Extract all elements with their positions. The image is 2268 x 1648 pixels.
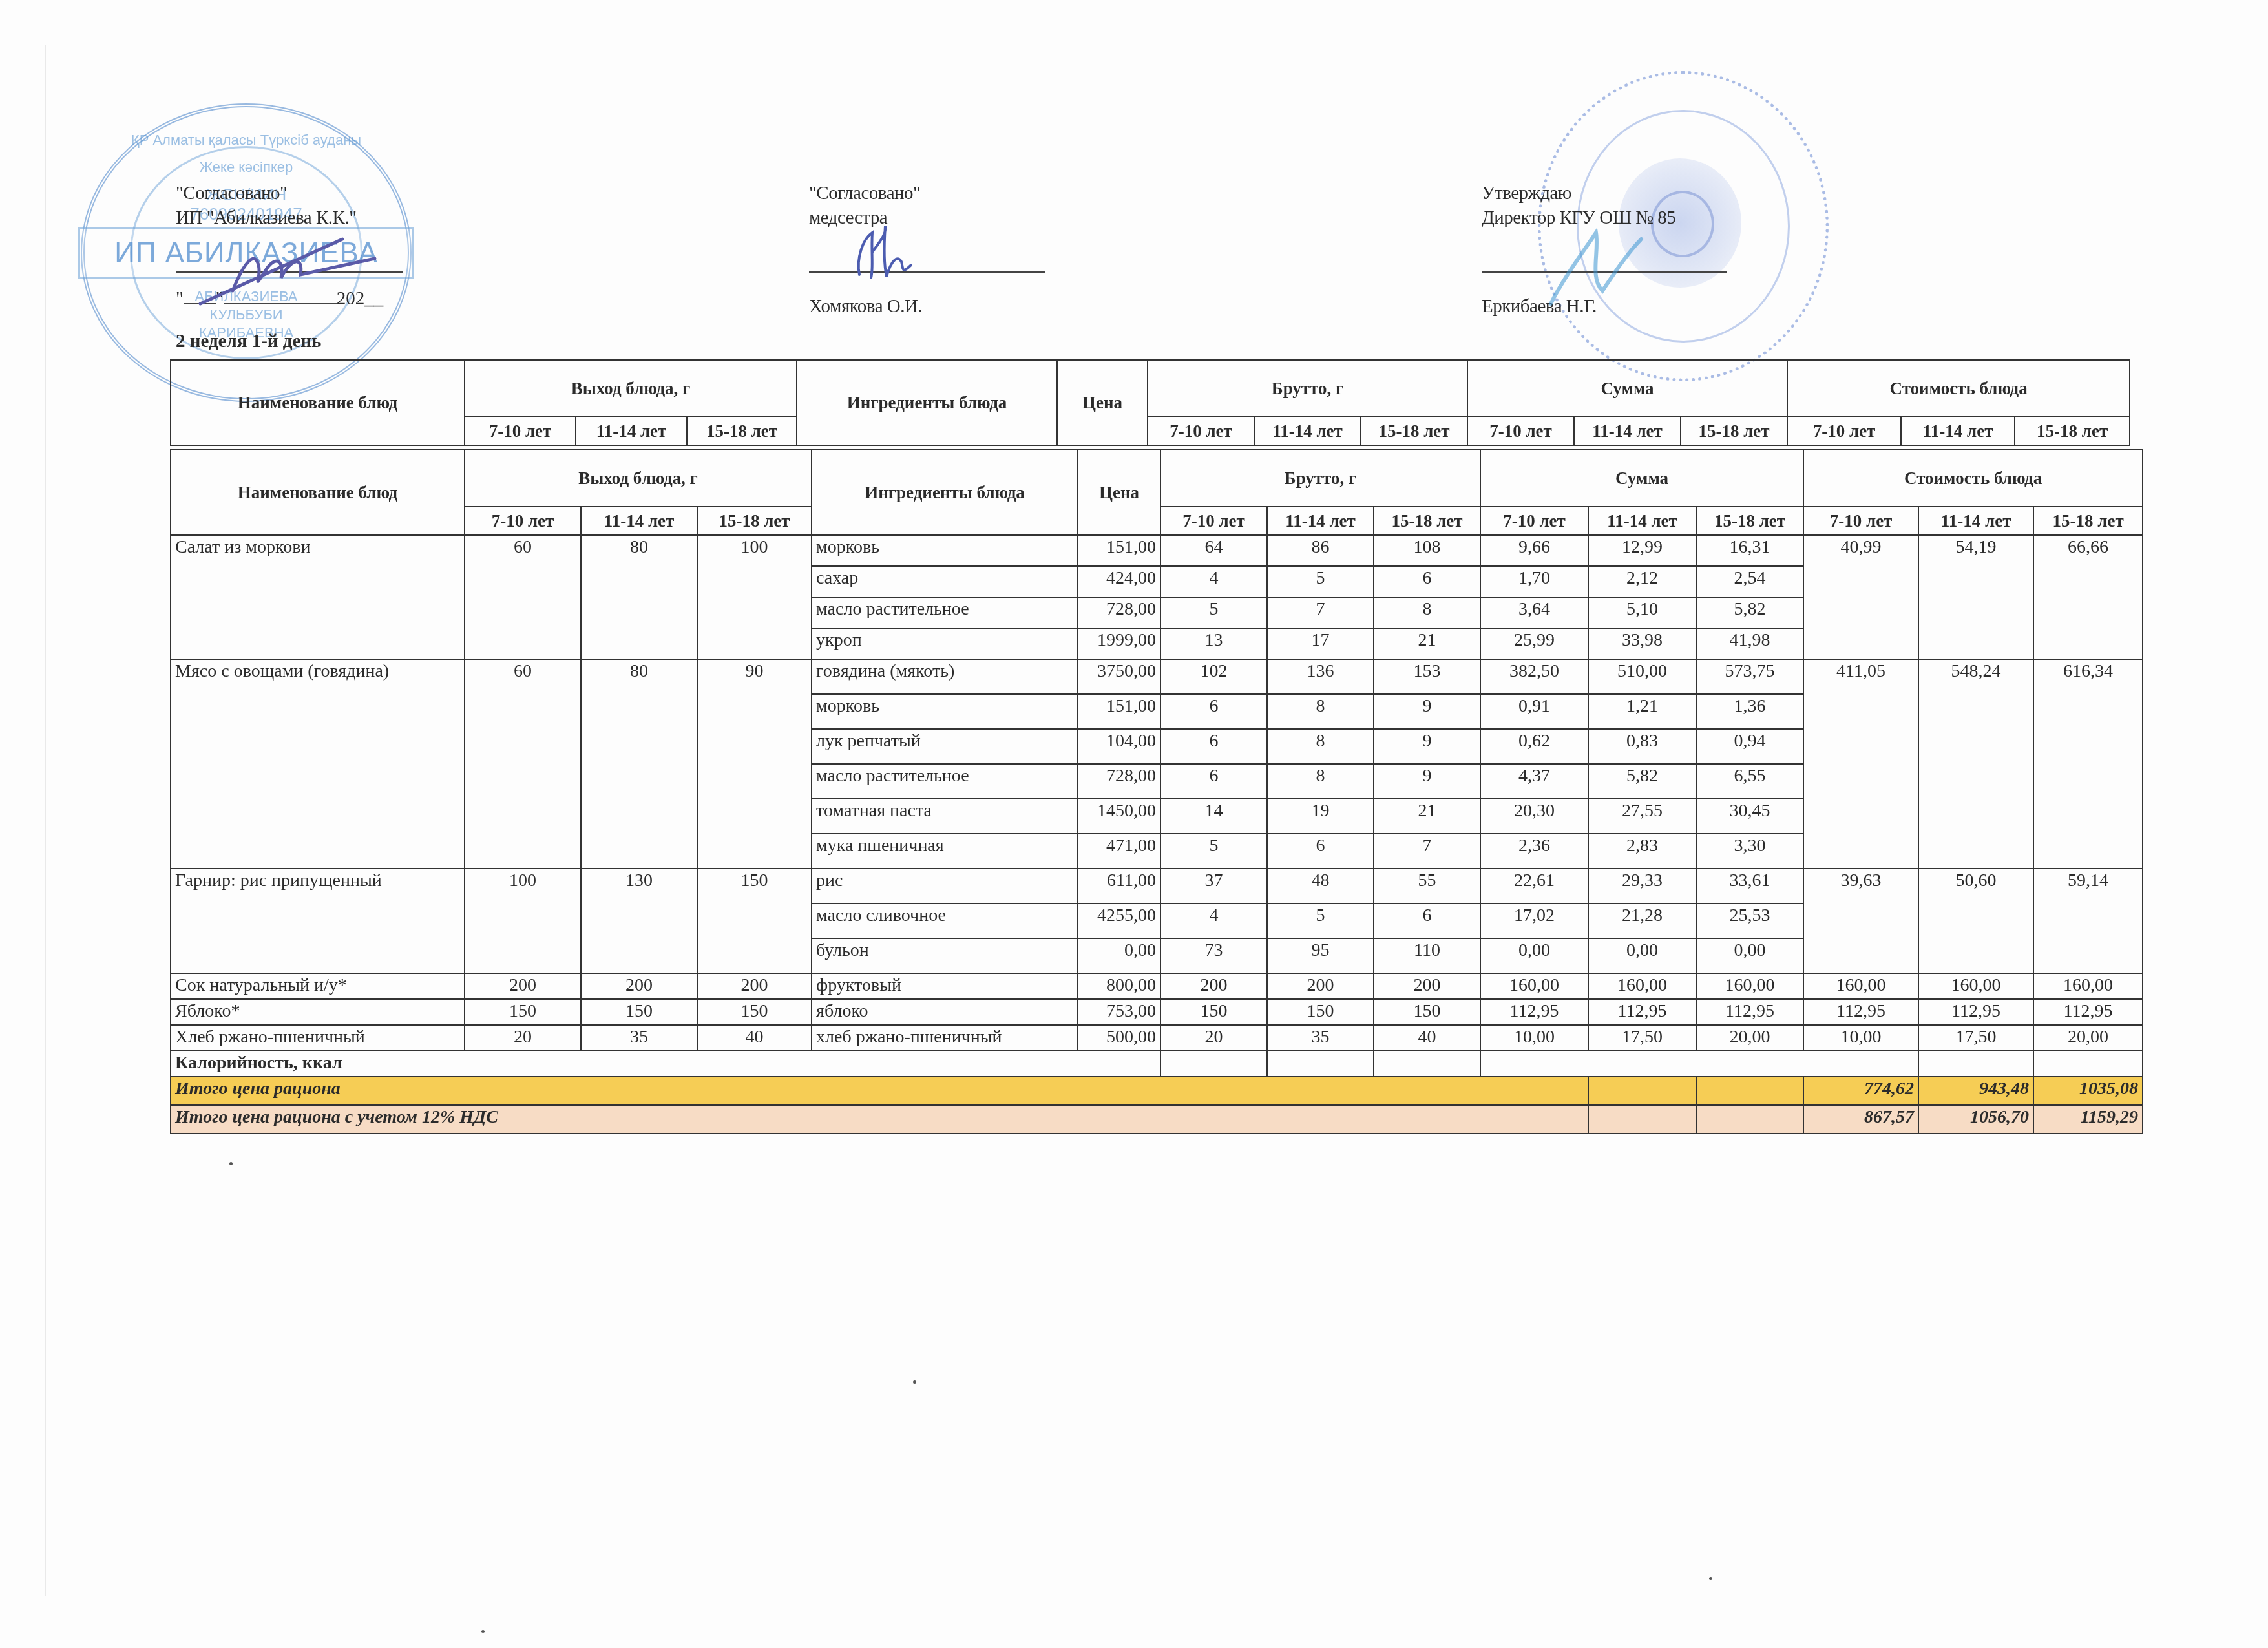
header-dish-cost: Стоимость блюда bbox=[1787, 360, 2130, 417]
ingredient-gross: 102 bbox=[1160, 659, 1267, 694]
total-empty-cell bbox=[1696, 1105, 1803, 1134]
ingredient-sum: 29,33 bbox=[1588, 869, 1696, 903]
ingredient-sum: 21,28 bbox=[1588, 903, 1696, 938]
header-sum: Сумма bbox=[1480, 450, 1803, 507]
header-age-group: 7-10 лет bbox=[1148, 417, 1254, 445]
ingredient-gross: 6 bbox=[1374, 566, 1480, 597]
ingredient-gross: 9 bbox=[1374, 729, 1480, 764]
ingredient-sum: 10,00 bbox=[1480, 1025, 1588, 1051]
ingredient-price: 500,00 bbox=[1078, 1025, 1160, 1051]
ingredient-price: 728,00 bbox=[1078, 597, 1160, 628]
scan-edge bbox=[45, 45, 46, 1596]
ingredient-gross: 8 bbox=[1267, 729, 1374, 764]
stamp-ip-abilkazieva: ҚР Алматы қаласы Түрксіб ауданы Жеке кәс… bbox=[81, 103, 412, 402]
total-label: Итого цена рациона с учетом 12% НДС bbox=[171, 1105, 1588, 1134]
header-gross: Брутто, г bbox=[1148, 360, 1467, 417]
ingredient-gross: 7 bbox=[1374, 834, 1480, 869]
ingredient-name: масло растительное bbox=[812, 764, 1078, 799]
header-age-group: 15-18 лет bbox=[2015, 417, 2130, 445]
ingredient-price: 728,00 bbox=[1078, 764, 1160, 799]
header-age-group: 11-14 лет bbox=[581, 507, 697, 535]
table-row: Гарнир: рис припущенный100130150рис611,0… bbox=[171, 869, 2143, 903]
ingredient-sum: 0,00 bbox=[1480, 938, 1588, 973]
ingredient-name: яблоко bbox=[812, 999, 1078, 1025]
ingredient-gross: 73 bbox=[1160, 938, 1267, 973]
ingredient-name: лук репчатый bbox=[812, 729, 1078, 764]
week-day-label: 2 неделя 1-й день bbox=[176, 331, 321, 352]
header-age-group: 11-14 лет bbox=[576, 417, 687, 445]
ingredient-sum: 17,50 bbox=[1588, 1025, 1696, 1051]
ingredient-name: хлеб ржано-пшеничный bbox=[812, 1025, 1078, 1051]
ingredient-sum: 160,00 bbox=[1588, 973, 1696, 999]
ingredient-sum: 0,00 bbox=[1588, 938, 1696, 973]
ingredient-name: масло сливочное bbox=[812, 903, 1078, 938]
header-yield: Выход блюда, г bbox=[465, 450, 812, 507]
header-age-group: 15-18 лет bbox=[1696, 507, 1803, 535]
ingredient-gross: 17 bbox=[1267, 628, 1374, 659]
ingredient-name: рис bbox=[812, 869, 1078, 903]
ingredient-sum: 1,70 bbox=[1480, 566, 1588, 597]
dish-yield: 80 bbox=[581, 659, 697, 869]
date-quote-close: " bbox=[216, 288, 224, 309]
ingredient-price: 471,00 bbox=[1078, 834, 1160, 869]
ingredient-gross: 9 bbox=[1374, 764, 1480, 799]
ingredient-gross: 6 bbox=[1267, 834, 1374, 869]
ingredient-gross: 200 bbox=[1374, 973, 1480, 999]
ingredient-gross: 150 bbox=[1374, 999, 1480, 1025]
dish-cost: 20,00 bbox=[2033, 1025, 2143, 1051]
ingredient-sum: 27,55 bbox=[1588, 799, 1696, 834]
ingredient-sum: 17,02 bbox=[1480, 903, 1588, 938]
header-dish-name: Наименование блюд bbox=[171, 450, 465, 535]
ingredient-price: 1999,00 bbox=[1078, 628, 1160, 659]
dish-yield: 35 bbox=[581, 1025, 697, 1051]
ingredient-sum: 160,00 bbox=[1480, 973, 1588, 999]
ingredient-gross: 150 bbox=[1160, 999, 1267, 1025]
dish-cost: 40,99 bbox=[1803, 535, 1918, 659]
approval-right-role: Директор КГУ ОШ № 85 bbox=[1482, 206, 1675, 230]
ingredient-sum: 160,00 bbox=[1696, 973, 1803, 999]
total-label: Итого цена рациона bbox=[171, 1077, 1588, 1105]
date-line: ""202__ bbox=[176, 288, 383, 310]
ingredient-gross: 37 bbox=[1160, 869, 1267, 903]
ingredient-gross: 6 bbox=[1160, 729, 1267, 764]
dish-cost: 160,00 bbox=[1918, 973, 2033, 999]
ingredient-sum: 112,95 bbox=[1696, 999, 1803, 1025]
dish-name: Гарнир: рис припущенный bbox=[171, 869, 465, 973]
ingredient-price: 4255,00 bbox=[1078, 903, 1160, 938]
age-group-row: 7-10 лет11-14 лет15-18 лет7-10 лет11-14 … bbox=[171, 417, 2130, 445]
header-age-group: 11-14 лет bbox=[1574, 417, 1681, 445]
ingredient-price: 104,00 bbox=[1078, 729, 1160, 764]
dish-yield: 150 bbox=[465, 999, 581, 1025]
header-age-group: 7-10 лет bbox=[1160, 507, 1267, 535]
approval-right: Утверждаю Директор КГУ ОШ № 85 bbox=[1482, 181, 1675, 230]
header-age-group: 15-18 лет bbox=[2033, 507, 2143, 535]
date-year: 202__ bbox=[337, 288, 384, 309]
header-age-group: 15-18 лет bbox=[697, 507, 812, 535]
total-empty-cell bbox=[1588, 1105, 1696, 1134]
ingredient-sum: 30,45 bbox=[1696, 799, 1803, 834]
ingredient-sum: 1,36 bbox=[1696, 694, 1803, 729]
dish-cost: 17,50 bbox=[1918, 1025, 2033, 1051]
ingredient-gross: 20 bbox=[1160, 1025, 1267, 1051]
ingredient-sum: 9,66 bbox=[1480, 535, 1588, 566]
ingredient-name: морковь bbox=[812, 535, 1078, 566]
dish-cost: 160,00 bbox=[1803, 973, 1918, 999]
header-gross: Брутто, г bbox=[1160, 450, 1480, 507]
ingredient-gross: 14 bbox=[1160, 799, 1267, 834]
ingredient-sum: 33,98 bbox=[1588, 628, 1696, 659]
dish-cost: 411,05 bbox=[1803, 659, 1918, 869]
table-row: Хлеб ржано-пшеничный203540хлеб ржано-пше… bbox=[171, 1025, 2143, 1051]
ingredient-sum: 5,82 bbox=[1696, 597, 1803, 628]
ingredient-sum: 20,00 bbox=[1696, 1025, 1803, 1051]
dish-yield: 200 bbox=[581, 973, 697, 999]
ingredient-sum: 33,61 bbox=[1696, 869, 1803, 903]
ingredient-price: 800,00 bbox=[1078, 973, 1160, 999]
approval-middle: "Согласовано" медсестра bbox=[809, 181, 920, 230]
ingredient-sum: 112,95 bbox=[1588, 999, 1696, 1025]
ingredient-price: 753,00 bbox=[1078, 999, 1160, 1025]
ingredient-name: морковь bbox=[812, 694, 1078, 729]
ingredient-gross: 8 bbox=[1374, 597, 1480, 628]
ingredient-gross: 6 bbox=[1160, 694, 1267, 729]
calories-cell bbox=[1267, 1051, 1374, 1077]
dish-yield: 200 bbox=[465, 973, 581, 999]
signature-line-middle bbox=[809, 271, 1045, 273]
dish-cost: 616,34 bbox=[2033, 659, 2143, 869]
calories-label: Калорийность, ккал bbox=[171, 1051, 1160, 1077]
table-row: Мясо с овощами (говядина)608090говядина … bbox=[171, 659, 2143, 694]
total-value: 867,57 bbox=[1803, 1105, 1918, 1134]
ingredient-gross: 7 bbox=[1267, 597, 1374, 628]
ingredient-name: мука пшеничная bbox=[812, 834, 1078, 869]
scan-edge bbox=[39, 47, 1913, 47]
header-age-group: 11-14 лет bbox=[1267, 507, 1374, 535]
approval-left-title: "Согласовано" bbox=[176, 181, 357, 206]
header-age-group: 11-14 лет bbox=[1918, 507, 2033, 535]
calories-cell bbox=[1918, 1051, 2033, 1077]
ingredient-gross: 6 bbox=[1160, 764, 1267, 799]
ingredient-sum: 2,12 bbox=[1588, 566, 1696, 597]
ingredient-price: 611,00 bbox=[1078, 869, 1160, 903]
header-yield: Выход блюда, г bbox=[465, 360, 797, 417]
ingredient-gross: 5 bbox=[1160, 834, 1267, 869]
date-month-blank bbox=[224, 288, 337, 304]
ingredient-sum: 25,99 bbox=[1480, 628, 1588, 659]
dish-yield: 20 bbox=[465, 1025, 581, 1051]
dish-cost: 66,66 bbox=[2033, 535, 2143, 659]
calories-cell bbox=[1480, 1051, 1918, 1077]
ingredient-sum: 0,00 bbox=[1696, 938, 1803, 973]
dish-yield: 90 bbox=[697, 659, 812, 869]
ingredient-name: бульон bbox=[812, 938, 1078, 973]
ingredient-sum: 1,21 bbox=[1588, 694, 1696, 729]
date-quote-open: " bbox=[176, 288, 184, 309]
approval-middle-name: Хомякова О.И. bbox=[809, 294, 922, 319]
ingredient-sum: 3,64 bbox=[1480, 597, 1588, 628]
header-dish-cost: Стоимость блюда bbox=[1803, 450, 2143, 507]
approval-right-title: Утверждаю bbox=[1482, 181, 1675, 206]
stamp-ring-text: ҚР Алматы қаласы Түрксіб ауданы bbox=[85, 132, 408, 149]
ingredient-price: 1450,00 bbox=[1078, 799, 1160, 834]
ingredient-gross: 21 bbox=[1374, 799, 1480, 834]
header-age-group: 7-10 лет bbox=[1803, 507, 1918, 535]
calories-cell bbox=[1374, 1051, 1480, 1077]
ingredient-gross: 136 bbox=[1267, 659, 1374, 694]
ingredient-sum: 22,61 bbox=[1480, 869, 1588, 903]
ingredient-gross: 5 bbox=[1267, 903, 1374, 938]
ingredient-gross: 5 bbox=[1267, 566, 1374, 597]
total-row: Итого цена рациона с учетом 12% НДС867,5… bbox=[171, 1105, 2143, 1134]
ingredient-gross: 200 bbox=[1160, 973, 1267, 999]
ingredient-sum: 0,83 bbox=[1588, 729, 1696, 764]
dish-cost: 548,24 bbox=[1918, 659, 2033, 869]
table-row: Сок натуральный и/у*200200200фруктовый80… bbox=[171, 973, 2143, 999]
ingredient-sum: 2,36 bbox=[1480, 834, 1588, 869]
ingredient-sum: 5,10 bbox=[1588, 597, 1696, 628]
header-age-group: 11-14 лет bbox=[1901, 417, 2015, 445]
ingredient-gross: 95 bbox=[1267, 938, 1374, 973]
header-age-group: 7-10 лет bbox=[1787, 417, 1901, 445]
ingredient-gross: 150 bbox=[1267, 999, 1374, 1025]
ingredient-sum: 0,94 bbox=[1696, 729, 1803, 764]
ingredient-sum: 0,62 bbox=[1480, 729, 1588, 764]
ingredient-gross: 4 bbox=[1160, 903, 1267, 938]
dish-cost: 39,63 bbox=[1803, 869, 1918, 973]
header-age-group: 11-14 лет bbox=[1588, 507, 1696, 535]
date-day-blank bbox=[184, 288, 216, 304]
ingredient-gross: 4 bbox=[1160, 566, 1267, 597]
header-age-group: 15-18 лет bbox=[1361, 417, 1467, 445]
calories-cell bbox=[2033, 1051, 2143, 1077]
header-price: Цена bbox=[1078, 450, 1160, 535]
dish-cost: 50,60 bbox=[1918, 869, 2033, 973]
ingredient-sum: 20,30 bbox=[1480, 799, 1588, 834]
dish-name: Мясо с овощами (говядина) bbox=[171, 659, 465, 869]
header-age-group: 7-10 лет bbox=[465, 417, 576, 445]
dish-yield: 150 bbox=[581, 999, 697, 1025]
header-table-duplicate: Наименование блюд Выход блюда, г Ингреди… bbox=[170, 359, 2130, 446]
total-row: Итого цена рациона774,62943,481035,08 bbox=[171, 1077, 2143, 1105]
header-age-group: 15-18 лет bbox=[1374, 507, 1480, 535]
ingredient-price: 424,00 bbox=[1078, 566, 1160, 597]
dish-yield: 150 bbox=[697, 999, 812, 1025]
ingredient-sum: 112,95 bbox=[1480, 999, 1588, 1025]
ingredient-gross: 64 bbox=[1160, 535, 1267, 566]
ingredient-gross: 19 bbox=[1267, 799, 1374, 834]
dish-yield: 100 bbox=[697, 535, 812, 659]
signature-line-right bbox=[1482, 271, 1727, 273]
scan-speck bbox=[1709, 1577, 1712, 1580]
signature-line-left bbox=[176, 271, 403, 273]
dish-yield: 40 bbox=[697, 1025, 812, 1051]
total-value: 774,62 bbox=[1803, 1077, 1918, 1105]
dish-yield: 130 bbox=[581, 869, 697, 973]
total-empty-cell bbox=[1696, 1077, 1803, 1105]
ingredient-gross: 86 bbox=[1267, 535, 1374, 566]
dish-cost: 112,95 bbox=[1918, 999, 2033, 1025]
ingredient-sum: 573,75 bbox=[1696, 659, 1803, 694]
ingredient-sum: 4,37 bbox=[1480, 764, 1588, 799]
header-sum: Сумма bbox=[1467, 360, 1787, 417]
ingredient-name: укроп bbox=[812, 628, 1078, 659]
ingredient-gross: 153 bbox=[1374, 659, 1480, 694]
ingredient-name: говядина (мякоть) bbox=[812, 659, 1078, 694]
header-ingredients: Ингредиенты блюда bbox=[797, 360, 1057, 445]
total-value: 1159,29 bbox=[2033, 1105, 2143, 1134]
ingredient-price: 3750,00 bbox=[1078, 659, 1160, 694]
ingredient-sum: 41,98 bbox=[1696, 628, 1803, 659]
ingredient-price: 151,00 bbox=[1078, 694, 1160, 729]
ingredient-gross: 200 bbox=[1267, 973, 1374, 999]
ingredient-sum: 3,30 bbox=[1696, 834, 1803, 869]
header-age-group: 7-10 лет bbox=[465, 507, 581, 535]
dish-cost: 112,95 bbox=[1803, 999, 1918, 1025]
ingredient-gross: 21 bbox=[1374, 628, 1480, 659]
header-age-group: 15-18 лет bbox=[687, 417, 797, 445]
ingredient-gross: 5 bbox=[1160, 597, 1267, 628]
stamp-top-text: Жеке кәсіпкер bbox=[85, 159, 408, 176]
ingredient-sum: 6,55 bbox=[1696, 764, 1803, 799]
header-age-group: 7-10 лет bbox=[1467, 417, 1574, 445]
ingredient-name: сахар bbox=[812, 566, 1078, 597]
ingredient-gross: 9 bbox=[1374, 694, 1480, 729]
menu-table: Наименование блюд Выход блюда, г Ингреди… bbox=[170, 449, 2143, 1134]
dish-cost: 59,14 bbox=[2033, 869, 2143, 973]
dish-cost: 54,19 bbox=[1918, 535, 2033, 659]
ingredient-gross: 8 bbox=[1267, 694, 1374, 729]
dish-name: Яблоко* bbox=[171, 999, 465, 1025]
ingredient-sum: 5,82 bbox=[1588, 764, 1696, 799]
ingredient-sum: 2,54 bbox=[1696, 566, 1803, 597]
ingredient-gross: 110 bbox=[1374, 938, 1480, 973]
calories-cell bbox=[1160, 1051, 1267, 1077]
approval-left-org: ИП "Абилказиева К.К." bbox=[176, 206, 357, 230]
scan-speck bbox=[229, 1162, 233, 1165]
dish-name: Салат из моркови bbox=[171, 535, 465, 659]
dish-cost: 160,00 bbox=[2033, 973, 2143, 999]
total-empty-cell bbox=[1588, 1077, 1696, 1105]
dish-cost: 112,95 bbox=[2033, 999, 2143, 1025]
ingredient-gross: 8 bbox=[1267, 764, 1374, 799]
ingredient-sum: 16,31 bbox=[1696, 535, 1803, 566]
ingredient-sum: 25,53 bbox=[1696, 903, 1803, 938]
ingredient-sum: 2,83 bbox=[1588, 834, 1696, 869]
ingredient-price: 0,00 bbox=[1078, 938, 1160, 973]
approval-right-name: Еркибаева Н.Г. bbox=[1482, 294, 1597, 319]
table-row: Яблоко*150150150яблоко753,00150150150112… bbox=[171, 999, 2143, 1025]
ingredient-sum: 510,00 bbox=[1588, 659, 1696, 694]
dish-yield: 100 bbox=[465, 869, 581, 973]
total-value: 943,48 bbox=[1918, 1077, 2033, 1105]
approval-middle-role: медсестра bbox=[809, 206, 920, 230]
ingredient-gross: 35 bbox=[1267, 1025, 1374, 1051]
dish-cost: 10,00 bbox=[1803, 1025, 1918, 1051]
header-price: Цена bbox=[1057, 360, 1148, 445]
ingredient-gross: 40 bbox=[1374, 1025, 1480, 1051]
total-value: 1035,08 bbox=[2033, 1077, 2143, 1105]
calories-row: Калорийность, ккал bbox=[171, 1051, 2143, 1077]
header-age-group: 11-14 лет bbox=[1254, 417, 1361, 445]
header-age-group: 7-10 лет bbox=[1480, 507, 1588, 535]
dish-name: Сок натуральный и/у* bbox=[171, 973, 465, 999]
table-row: Салат из моркови6080100морковь151,006486… bbox=[171, 535, 2143, 566]
dish-yield: 60 bbox=[465, 535, 581, 659]
ingredient-name: томатная паста bbox=[812, 799, 1078, 834]
header-dish-name: Наименование блюд bbox=[171, 360, 465, 445]
total-value: 1056,70 bbox=[1918, 1105, 2033, 1134]
ingredient-sum: 0,91 bbox=[1480, 694, 1588, 729]
menu-table-body: Салат из моркови6080100морковь151,006486… bbox=[171, 535, 2143, 1134]
scan-speck bbox=[481, 1630, 485, 1633]
approval-left: "Согласовано" ИП "Абилказиева К.К." bbox=[176, 181, 357, 230]
ingredient-sum: 382,50 bbox=[1480, 659, 1588, 694]
header-age-group: 15-18 лет bbox=[1681, 417, 1787, 445]
stamp-inner-ring bbox=[130, 146, 362, 359]
ingredient-sum: 12,99 bbox=[1588, 535, 1696, 566]
ingredient-name: фруктовый bbox=[812, 973, 1078, 999]
dish-yield: 80 bbox=[581, 535, 697, 659]
ingredient-gross: 108 bbox=[1374, 535, 1480, 566]
ingredient-price: 151,00 bbox=[1078, 535, 1160, 566]
approval-middle-title: "Согласовано" bbox=[809, 181, 920, 206]
ingredient-gross: 13 bbox=[1160, 628, 1267, 659]
dish-yield: 150 bbox=[697, 869, 812, 973]
ingredient-gross: 55 bbox=[1374, 869, 1480, 903]
dish-name: Хлеб ржано-пшеничный bbox=[171, 1025, 465, 1051]
ingredient-name: масло растительное bbox=[812, 597, 1078, 628]
ingredient-gross: 48 bbox=[1267, 869, 1374, 903]
dish-yield: 60 bbox=[465, 659, 581, 869]
dish-yield: 200 bbox=[697, 973, 812, 999]
ingredient-gross: 6 bbox=[1374, 903, 1480, 938]
header-ingredients: Ингредиенты блюда bbox=[812, 450, 1078, 535]
scan-speck bbox=[913, 1380, 916, 1384]
